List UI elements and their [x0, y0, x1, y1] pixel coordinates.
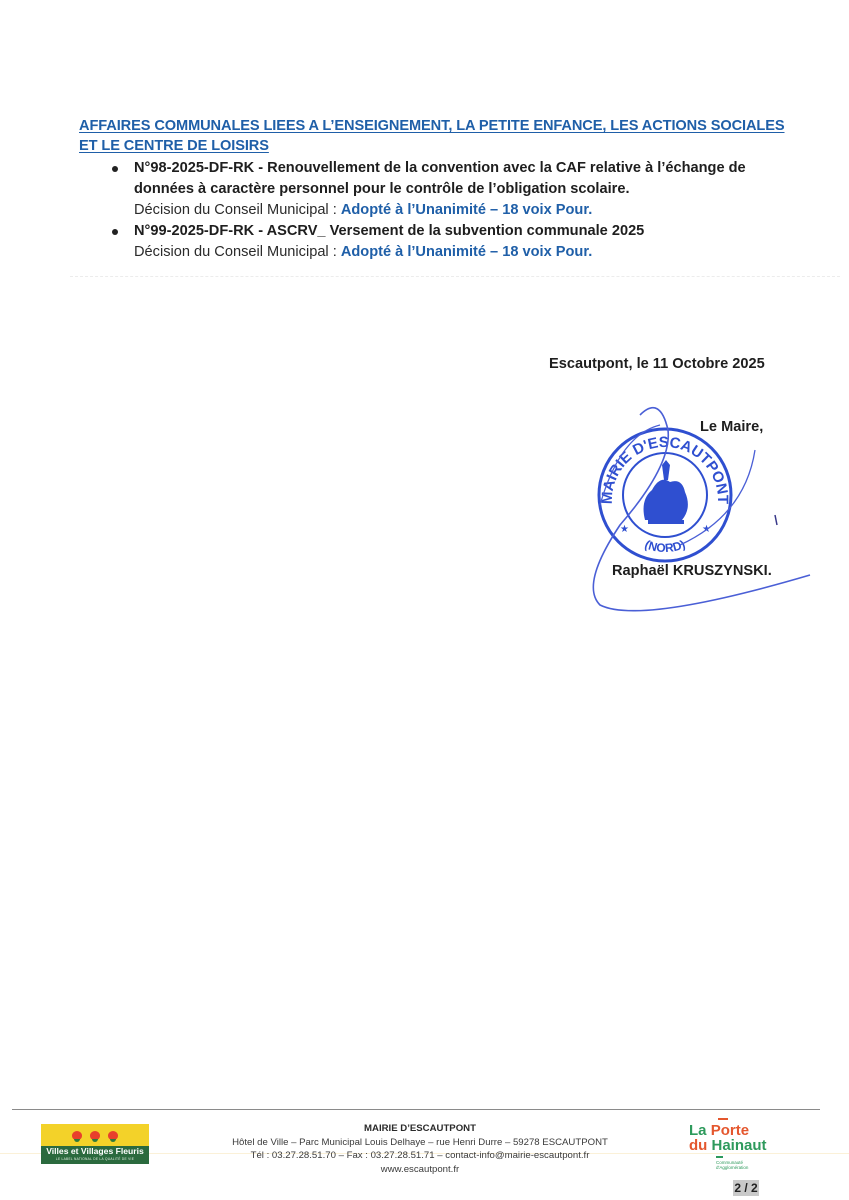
flower-icon [90, 1131, 100, 1140]
bullet-icon [112, 166, 118, 172]
vvf-label: Villes et Villages Fleuris [41, 1146, 149, 1157]
decision-label: Décision du Conseil Municipal : [134, 202, 341, 218]
list-item: N°99-2025-DF-RK - ASCRV_ Versement de la… [112, 221, 792, 263]
logo-text: du [689, 1137, 712, 1154]
item-title: N°99-2025-DF-RK - ASCRV_ Versement de la… [134, 223, 644, 239]
flower-icon [108, 1131, 118, 1140]
footer-website: www.escautpont.fr [200, 1163, 640, 1177]
svg-text:★: ★ [702, 524, 711, 535]
porte-du-hainaut-logo: La Porte du Hainaut Communauté d'Agglomé… [689, 1118, 789, 1174]
flower-icon [72, 1131, 82, 1140]
vvf-subtitle: LE LABEL NATIONAL DE LA QUALITÉ DE VIE [41, 1157, 149, 1162]
page-number: 2 / 2 [733, 1180, 759, 1196]
footer-address: Hôtel de Ville – Parc Municipal Louis De… [200, 1136, 640, 1150]
villes-villages-fleuris-logo: Villes et Villages Fleuris LE LABEL NATI… [41, 1124, 149, 1164]
decision-label: Décision du Conseil Municipal : [134, 244, 341, 260]
logo-accent-bar [718, 1118, 728, 1120]
svg-text:★: ★ [620, 524, 629, 535]
svg-text:(NORD): (NORD) [643, 537, 688, 555]
bullet-icon [112, 229, 118, 235]
official-stamp-icon: MAIRIE D'ESCAUTPONT (NORD) ★ ★ [590, 420, 740, 570]
footer-org: MAIRIE D’ESCAUTPONT [200, 1122, 640, 1136]
footer-contact: Tél : 03.27.28.51.70 – Fax : 03.27.28.51… [200, 1149, 640, 1163]
decision-result: Adopté à l’Unanimité – 18 voix Pour. [341, 202, 592, 218]
logo-accent-bar [716, 1156, 723, 1158]
decision-result: Adopté à l’Unanimité – 18 voix Pour. [341, 244, 592, 260]
decision-list: N°98-2025-DF-RK - Renouvellement de la c… [112, 158, 792, 263]
place-date: Escautpont, le 11 Octobre 2025 [549, 356, 765, 372]
section-heading: AFFAIRES COMMUNALES LIEES A L’ENSEIGNEME… [79, 116, 794, 156]
item-title: N°98-2025-DF-RK - Renouvellement de la c… [134, 160, 746, 197]
logo-text: Hainaut [712, 1137, 767, 1154]
footer-contact-block: MAIRIE D’ESCAUTPONT Hôtel de Ville – Par… [200, 1122, 640, 1176]
signatory-name: Raphaël KRUSZYNSKI. [612, 563, 772, 579]
logo-tagline: d'Agglomération [716, 1165, 748, 1170]
document-page: AFFAIRES COMMUNALES LIEES A L’ENSEIGNEME… [0, 0, 849, 1200]
list-item: N°98-2025-DF-RK - Renouvellement de la c… [112, 158, 792, 221]
separator [70, 276, 840, 277]
footer-divider [12, 1109, 820, 1110]
